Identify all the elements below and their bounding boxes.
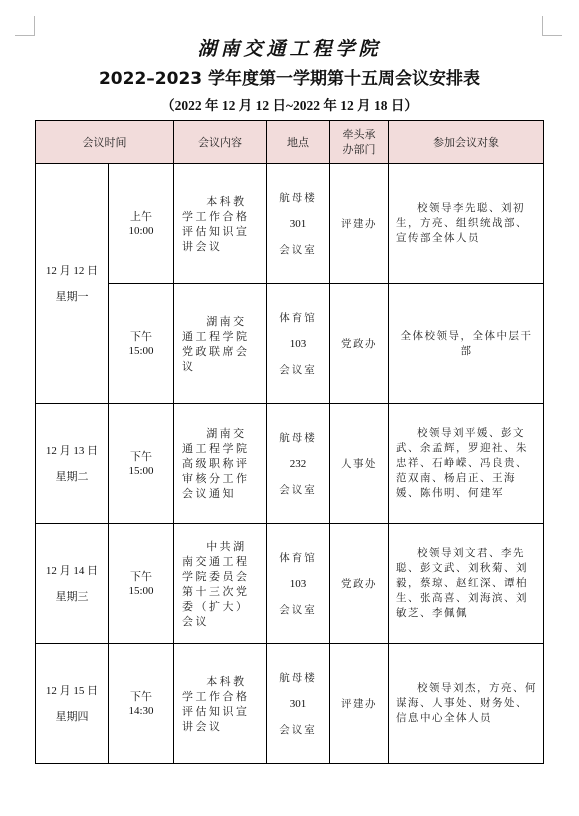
date-cell: 12 月 15 日 星期四 — [36, 644, 109, 764]
weekday: 星期二 — [36, 464, 108, 490]
time: 15:00 — [109, 464, 173, 478]
place-cell: 航母楼 301 会议室 — [267, 164, 330, 284]
place-room: 301 — [267, 691, 329, 717]
place-building: 体育馆 — [267, 545, 329, 571]
place-room: 301 — [267, 211, 329, 237]
header-dept: 牵头承办部门 — [330, 121, 389, 164]
dept-cell: 党政办 — [330, 524, 389, 644]
school-name: 湖南交通工程学院 — [0, 34, 579, 58]
weekday: 星期一 — [36, 284, 108, 310]
place-cell: 航母楼 232 会议室 — [267, 404, 330, 524]
place-room: 103 — [267, 571, 329, 597]
dept-cell: 评建办 — [330, 164, 389, 284]
place-room: 232 — [267, 451, 329, 477]
time-cell: 下午 15:00 — [109, 284, 174, 404]
date-range: （2022 年 12 月 12 日~2022 年 12 月 18 日） — [0, 94, 579, 112]
place-suffix: 会议室 — [267, 477, 329, 503]
topic: 湖南交通工程学院高级职称评审核分工作会议通知 — [182, 426, 260, 501]
topic-cell: 本科教学工作合格评估知识宣讲会议 — [174, 644, 267, 764]
date: 12 月 14 日 — [36, 558, 108, 584]
attendees: 校领导刘杰，方亮、何谋海、人事处、财务处、信息中心全体人员 — [396, 681, 537, 726]
date: 12 月 13 日 — [36, 438, 108, 464]
place-building: 航母楼 — [267, 665, 329, 691]
date-cell: 12 月 12 日 星期一 — [36, 164, 109, 404]
dept-cell: 党政办 — [330, 284, 389, 404]
period: 上午 — [109, 210, 173, 224]
period: 下午 — [109, 330, 173, 344]
attendees-cell: 全体校领导，全体中层干部 — [389, 284, 544, 404]
place-building: 体育馆 — [267, 305, 329, 331]
topic-cell: 湖南交通工程学院高级职称评审核分工作会议通知 — [174, 404, 267, 524]
date-cell: 12 月 13 日 星期二 — [36, 404, 109, 524]
time-cell: 下午 15:00 — [109, 404, 174, 524]
place-cell: 体育馆 103 会议室 — [267, 284, 330, 404]
table-row: 12 月 12 日 星期一 上午 10:00 本科教学工作合格评估知识宣讲会议 … — [36, 164, 544, 284]
place-building: 航母楼 — [267, 425, 329, 451]
time-cell: 上午 10:00 — [109, 164, 174, 284]
header-topic: 会议内容 — [174, 121, 267, 164]
meeting-schedule-table: 会议时间 会议内容 地点 牵头承办部门 参加会议对象 12 月 12 日 星期一… — [35, 120, 544, 764]
date-cell: 12 月 14 日 星期三 — [36, 524, 109, 644]
page-corner-mark-top-left — [34, 16, 35, 36]
attendees-cell: 校领导刘文君、李先聪、彭文武、刘秋菊、刘毅，蔡琼、赵红深、谭柏生、张高喜、刘海滨… — [389, 524, 544, 644]
time: 15:00 — [109, 344, 173, 358]
topic-cell: 中共湖南交通工程学院委员会第十三次党委（扩大）会议 — [174, 524, 267, 644]
dept-cell: 评建办 — [330, 644, 389, 764]
topic-cell: 湖南交通工程学院党政联席会议 — [174, 284, 267, 404]
table-row: 下午 15:00 湖南交通工程学院党政联席会议 体育馆 103 会议室 党政办 … — [36, 284, 544, 404]
topic: 中共湖南交通工程学院委员会第十三次党委（扩大）会议 — [182, 539, 260, 629]
time-cell: 下午 15:00 — [109, 524, 174, 644]
place-suffix: 会议室 — [267, 597, 329, 623]
topic: 本科教学工作合格评估知识宣讲会议 — [182, 674, 260, 734]
attendees-cell: 校领导李先聪、刘初生，方亮、组织统战部、宣传部全体人员 — [389, 164, 544, 284]
attendees: 全体校领导，全体中层干部 — [396, 329, 537, 359]
table-header-row: 会议时间 会议内容 地点 牵头承办部门 参加会议对象 — [36, 121, 544, 164]
place-suffix: 会议室 — [267, 717, 329, 743]
attendees: 校领导李先聪、刘初生，方亮、组织统战部、宣传部全体人员 — [396, 201, 537, 246]
weekday: 星期四 — [36, 704, 108, 730]
weekday: 星期三 — [36, 584, 108, 610]
document-title: 2022–2023 学年度第一学期第十五周会议安排表 — [0, 64, 579, 86]
place-suffix: 会议室 — [267, 357, 329, 383]
place-suffix: 会议室 — [267, 237, 329, 263]
time-cell: 下午 14:30 — [109, 644, 174, 764]
period: 下午 — [109, 450, 173, 464]
header-time: 会议时间 — [36, 121, 174, 164]
attendees: 校领导刘平媛、彭文武、余孟辉，罗迎社、朱忠祥、石峥嵘、冯良贵、范双南、杨启正、王… — [396, 426, 537, 501]
table-row: 12 月 13 日 星期二 下午 15:00 湖南交通工程学院高级职称评审核分工… — [36, 404, 544, 524]
place-building: 航母楼 — [267, 185, 329, 211]
page-corner-mark-top-right — [542, 16, 543, 36]
header-attendees: 参加会议对象 — [389, 121, 544, 164]
period: 下午 — [109, 690, 173, 704]
place-cell: 体育馆 103 会议室 — [267, 524, 330, 644]
dept-cell: 人事处 — [330, 404, 389, 524]
topic: 湖南交通工程学院党政联席会议 — [182, 314, 260, 374]
topic-cell: 本科教学工作合格评估知识宣讲会议 — [174, 164, 267, 284]
period: 下午 — [109, 570, 173, 584]
attendees: 校领导刘文君、李先聪、彭文武、刘秋菊、刘毅，蔡琼、赵红深、谭柏生、张高喜、刘海滨… — [396, 546, 537, 621]
place-room: 103 — [267, 331, 329, 357]
date: 12 月 15 日 — [36, 678, 108, 704]
table-row: 12 月 15 日 星期四 下午 14:30 本科教学工作合格评估知识宣讲会议 … — [36, 644, 544, 764]
header-place: 地点 — [267, 121, 330, 164]
time: 15:00 — [109, 584, 173, 598]
attendees-cell: 校领导刘平媛、彭文武、余孟辉，罗迎社、朱忠祥、石峥嵘、冯良贵、范双南、杨启正、王… — [389, 404, 544, 524]
time: 14:30 — [109, 704, 173, 718]
topic: 本科教学工作合格评估知识宣讲会议 — [182, 194, 260, 254]
table-row: 12 月 14 日 星期三 下午 15:00 中共湖南交通工程学院委员会第十三次… — [36, 524, 544, 644]
attendees-cell: 校领导刘杰，方亮、何谋海、人事处、财务处、信息中心全体人员 — [389, 644, 544, 764]
time: 10:00 — [109, 224, 173, 238]
place-cell: 航母楼 301 会议室 — [267, 644, 330, 764]
date: 12 月 12 日 — [36, 258, 108, 284]
